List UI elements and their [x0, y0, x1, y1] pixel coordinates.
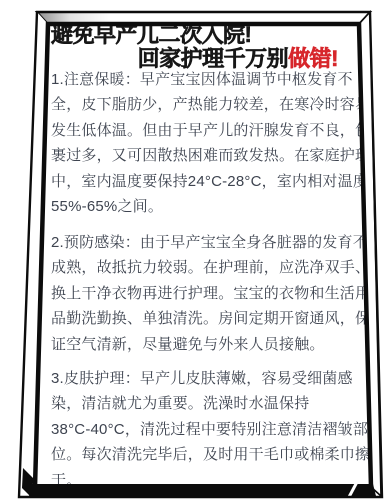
paragraph-line: 证空气清新，尽量避免与外来人员接触。 — [51, 332, 357, 357]
paragraph-line: 干。 — [51, 468, 357, 493]
paragraph-line: 3.皮肤护理：早产儿皮肤薄嫩，容易受细菌感 — [51, 366, 357, 391]
frame-corner-wedge — [22, 468, 34, 496]
paragraph-line: 发生低体温。但由于早产儿的汗腺发育不良，包 — [51, 118, 357, 143]
paragraph-line: 位。每次清洗完毕后，及时用干毛巾或棉柔巾擦 — [51, 442, 357, 467]
frame-left-face — [24, 12, 48, 486]
paragraph-line: 55%-65%之间。 — [51, 194, 357, 219]
paragraph-line: 中，室内温度要保持24°C-28°C，室内相对温度 — [51, 169, 357, 194]
paragraph-line: 2.预防感染：由于早产宝宝全身各脏器的发育不 — [51, 230, 357, 255]
title-line-1: 避免早产儿二次入院! — [51, 22, 251, 48]
paragraph-line: 染，清洁就尤为重要。洗澡时水温保持 — [51, 391, 357, 416]
poster: { "colors": { "background": "#ffffff", "… — [0, 0, 391, 500]
paragraph-line: 成熟，故抵抗力较弱。在护理前，应洗净双手、 — [51, 255, 357, 280]
paragraph-line: 品勤洗勤换、单独清洗。房间定期开窗通风，保 — [51, 306, 357, 331]
warmth-paragraph: 1.注意保暖：早产宝宝因体温调节中枢发育不 全，皮下脂肪少，产热能力较差，在寒冷… — [51, 67, 357, 219]
paragraph-line: 38°C-40°C，清洗过程中要特别注意清洁褶皱部 — [51, 417, 357, 442]
paragraph-line: 换上干净衣物再进行护理。宝宝的衣物和生活用 — [51, 281, 357, 306]
paragraph-line: 1.注意保暖：早产宝宝因体温调节中枢发育不 — [51, 67, 357, 92]
paragraph-line: 全，皮下脂肪少，产热能力较差，在寒冷时容易 — [51, 92, 357, 117]
skin-care-paragraph: 3.皮肤护理：早产儿皮肤薄嫩，容易受细菌感 染，清洁就尤为重要。洗澡时水温保持 … — [51, 366, 357, 493]
infection-paragraph: 2.预防感染：由于早产宝宝全身各脏器的发育不 成熟，故抵抗力较弱。在护理前，应洗… — [51, 230, 357, 357]
paragraph-line: 裹过多，又可因散热困难而致发热。在家庭护理 — [51, 143, 357, 168]
